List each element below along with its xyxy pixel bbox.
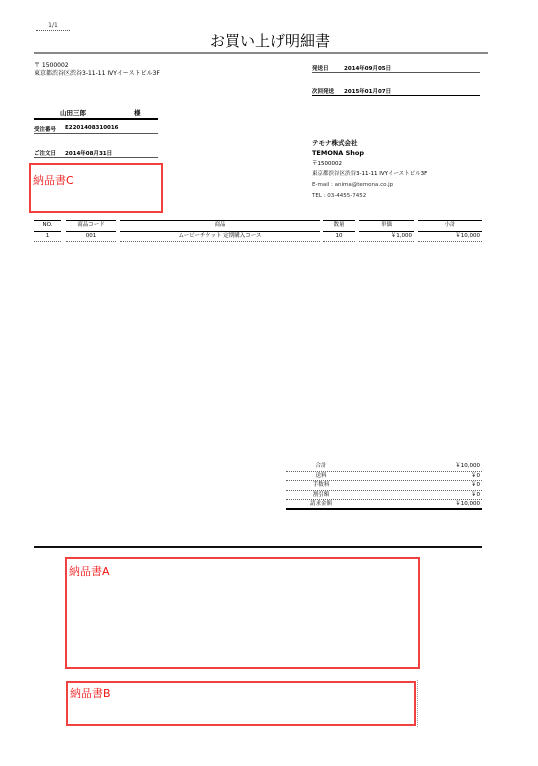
totals-value: ￥10,000 xyxy=(455,500,480,509)
totals-label: 送料 xyxy=(286,472,356,481)
annotation-label-c: 納品書C xyxy=(33,174,74,187)
ship-date-row: 発送日 2014年09月05日 xyxy=(312,63,480,73)
totals-value: ￥10,000 xyxy=(455,462,480,471)
title-divider xyxy=(34,52,488,54)
ship-date-value: 2014年09月05日 xyxy=(344,64,391,72)
totals-label: 割引額 xyxy=(286,491,356,500)
order-number-label: 受注番号 xyxy=(34,125,56,133)
company-tel: TEL : 03-4455-7452 xyxy=(312,193,366,200)
column-subtotal: 小計 ￥10,000 xyxy=(418,220,482,242)
company-email: E-mail : anima@temona.co.jp xyxy=(312,182,393,189)
totals-value: ￥0 xyxy=(471,472,480,481)
next-ship-row: 次回発送 2015年01月07日 xyxy=(312,86,480,96)
cell-code: 001 xyxy=(66,232,116,242)
totals-value: ￥0 xyxy=(471,481,480,490)
order-number-row: 受注番号 E2201408310016 xyxy=(34,124,158,134)
column-code: 商品コード 001 xyxy=(66,220,116,242)
header-no: NO. xyxy=(34,220,61,232)
column-price: 単価 ￥1,000 xyxy=(359,220,414,242)
annotation-label-b: 納品書B xyxy=(70,687,111,700)
company-zip: 〒1500002 xyxy=(312,161,342,168)
header-product: 商品 xyxy=(120,220,320,232)
cell-no: 1 xyxy=(34,232,61,242)
customer-name: 山田三郎 xyxy=(60,108,86,117)
totals-label: 手数料 xyxy=(286,481,356,490)
cell-qty: 10 xyxy=(323,232,355,242)
customer-name-row: 山田三郎 様 xyxy=(34,108,158,120)
dotted-edge xyxy=(417,680,419,727)
section-divider xyxy=(34,546,482,548)
totals-row: 合計 ￥10,000 xyxy=(286,462,482,472)
column-product: 商品 ムービーチケット 定期購入コース xyxy=(120,220,320,242)
totals-row: 手数料 ￥0 xyxy=(286,481,482,491)
totals-value: ￥0 xyxy=(471,491,480,500)
column-qty: 数量 10 xyxy=(323,220,355,242)
annotation-box-c: 納品書C xyxy=(29,163,163,213)
header-qty: 数量 xyxy=(323,220,355,232)
column-no: NO. 1 xyxy=(34,220,61,242)
page-indicator: 1/1 xyxy=(36,22,70,31)
shop-name: TEMONA Shop xyxy=(312,148,364,158)
totals-row: 割引額 ￥0 xyxy=(286,491,482,501)
order-date-value: 2014年08月31日 xyxy=(65,149,112,157)
header-subtotal: 小計 xyxy=(418,220,482,232)
totals-table: 合計 ￥10,000 送料 ￥0 手数料 ￥0 割引額 ￥0 請求金額 ￥10,… xyxy=(286,462,482,510)
annotation-label-a: 納品書A xyxy=(69,565,110,578)
header-price: 単価 xyxy=(359,220,414,232)
totals-label: 請求金額 xyxy=(286,500,356,509)
cell-product: ムービーチケット 定期購入コース xyxy=(120,232,320,242)
next-ship-label: 次回発送 xyxy=(312,87,334,95)
annotation-box-a: 納品書A xyxy=(65,557,420,669)
order-number-value: E2201408310016 xyxy=(65,125,119,131)
cell-price: ￥1,000 xyxy=(359,232,414,242)
cell-subtotal: ￥10,000 xyxy=(418,232,482,242)
totals-label: 合計 xyxy=(286,462,356,471)
document-title: お買い上げ明細書 xyxy=(150,32,390,50)
customer-honorific: 様 xyxy=(134,108,141,117)
totals-row: 送料 ￥0 xyxy=(286,472,482,482)
totals-row-billing: 請求金額 ￥10,000 xyxy=(286,500,482,510)
sender-address: 東京都渋谷区渋谷3-11-11 IVYイーストビル3F xyxy=(34,70,160,78)
sender-zip: 〒 1500002 xyxy=(34,62,69,70)
ship-date-label: 発送日 xyxy=(312,64,329,72)
company-name: テモナ株式会社 xyxy=(312,138,358,148)
order-date-label: ご注文日 xyxy=(34,149,56,157)
annotation-box-b: 納品書B xyxy=(66,681,416,726)
order-date-row: ご注文日 2014年08月31日 xyxy=(34,148,158,158)
next-ship-value: 2015年01月07日 xyxy=(344,87,391,95)
company-address: 東京都渋谷区渋谷3-11-11 IVYイーストビル3F xyxy=(312,171,427,178)
header-code: 商品コード xyxy=(66,220,116,232)
